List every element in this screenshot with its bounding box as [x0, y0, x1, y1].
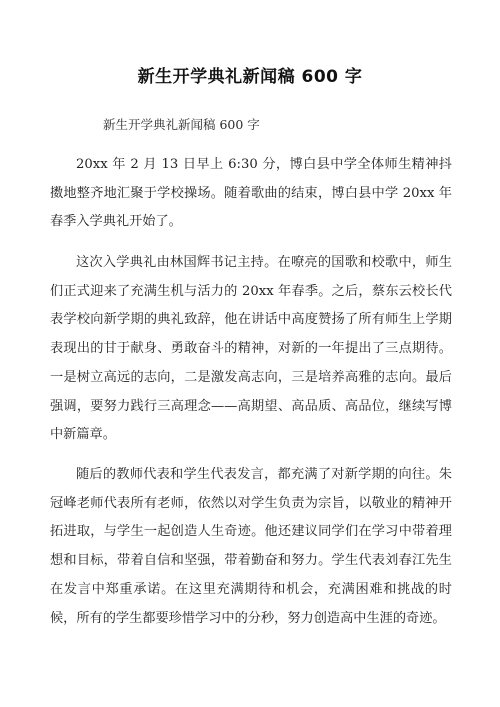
- paragraph-opening: 20xx 年 2 月 13 日早上 6:30 分，博白县中学全体师生精神抖擞地整…: [50, 151, 452, 237]
- paragraph-ceremony: 这次入学典礼由林国辉书记主持。在嘹亮的国歌和校歌中，师生们正式迎来了充满生机与活…: [50, 249, 452, 450]
- document-page: 新生开学典礼新闻稿 600 字 新生开学典礼新闻稿 600 字 20xx 年 2…: [0, 0, 500, 707]
- document-title: 新生开学典礼新闻稿 600 字: [0, 62, 500, 87]
- paragraph-speeches: 随后的教师代表和学生代表发言，都充满了对新学期的向往。朱冠峰老师代表所有老师，依…: [50, 461, 452, 633]
- document-subtitle: 新生开学典礼新闻稿 600 字: [103, 115, 260, 133]
